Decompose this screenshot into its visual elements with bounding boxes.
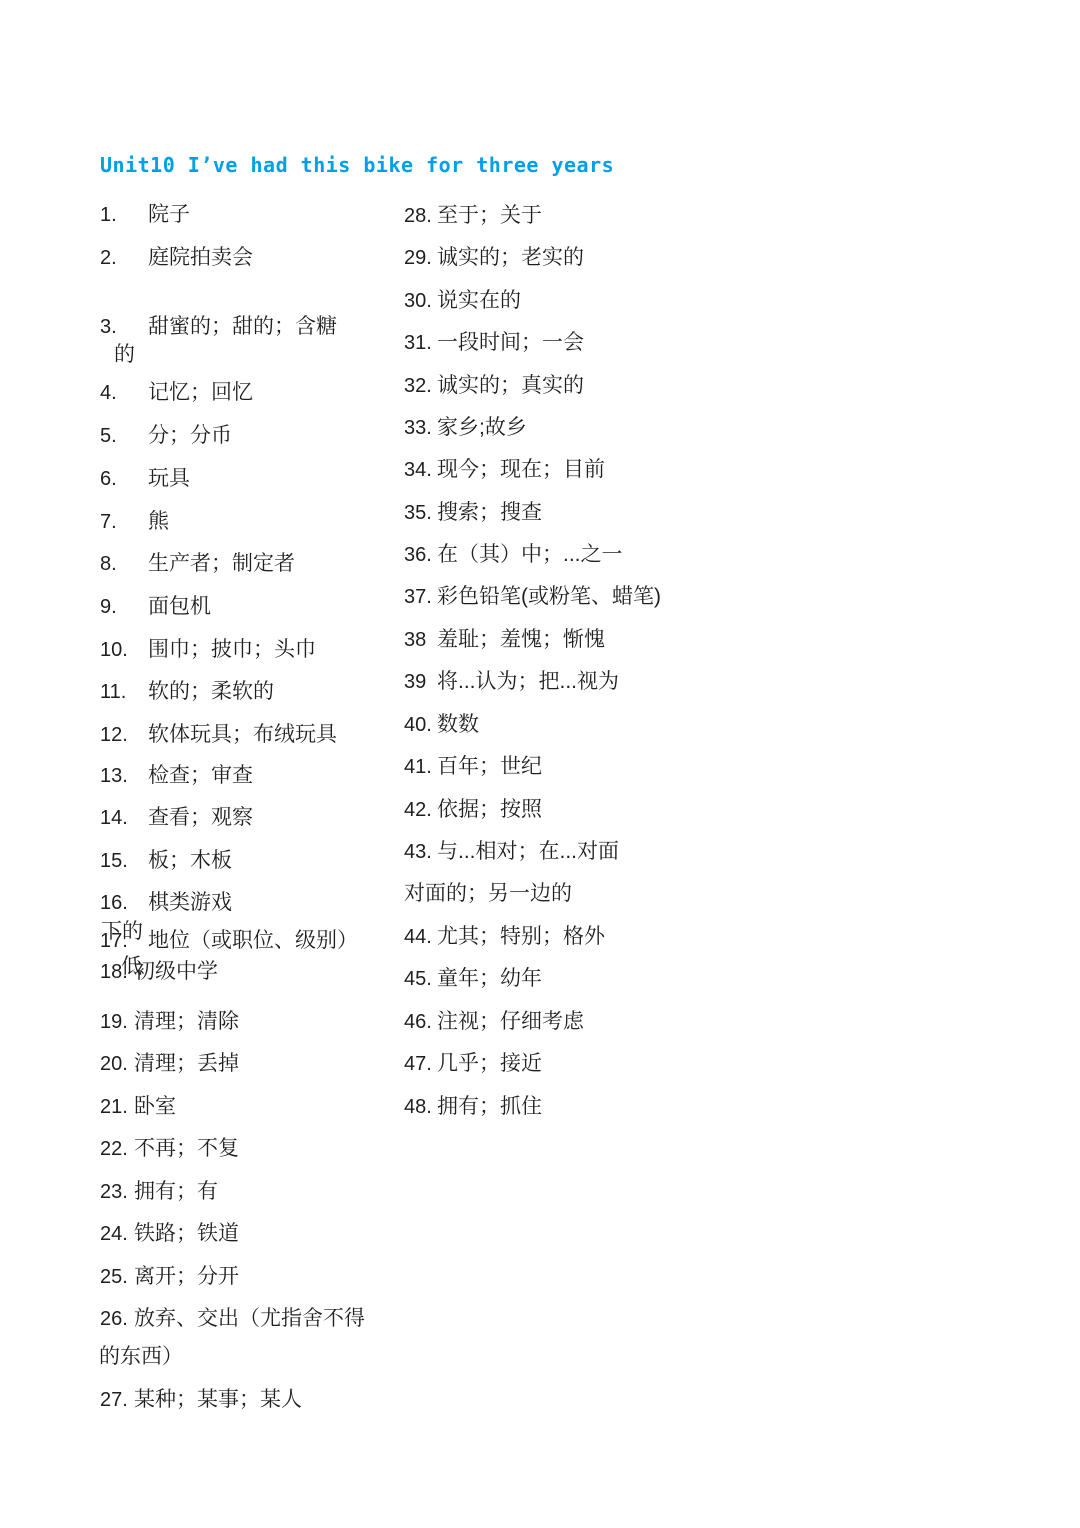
vocab-item-text: 生产者；制定者 xyxy=(148,552,295,575)
vocab-item: 19.清理；清除 xyxy=(100,1010,239,1034)
vocab-item-text: 将...认为；把...视为 xyxy=(437,670,619,693)
vocab-item-text: 清理；丢掉 xyxy=(134,1052,239,1075)
vocab-item-number: 24. xyxy=(100,1222,134,1246)
vocab-item-text: 在（其）中；...之一 xyxy=(437,543,623,566)
vocab-item-text: 记忆；回忆 xyxy=(148,381,253,404)
vocab-item-text: 甜蜜的；甜的；含糖 xyxy=(148,315,337,338)
vocab-item-number: 48. xyxy=(404,1095,437,1119)
vocab-item: 4.记忆；回忆 xyxy=(100,381,253,405)
vocab-item-wrap-line: 对面的；另一边的 xyxy=(404,882,572,906)
vocab-item: 23.拥有；有 xyxy=(100,1180,218,1204)
vocab-item-text: 院子 xyxy=(148,203,190,226)
vocab-item: 28.至于；关于 xyxy=(404,204,542,228)
vocab-item-text: 板；木板 xyxy=(148,849,232,872)
vocab-item-number: 5. xyxy=(100,424,148,448)
vocabulary-page: Unit10 I’ve had this bike for three year… xyxy=(0,0,1080,1528)
vocab-item-text: 铁路；铁道 xyxy=(134,1222,239,1245)
vocab-item: 35.搜索；搜查 xyxy=(404,501,542,525)
vocab-item: 33.家乡;故乡 xyxy=(404,416,527,440)
vocab-item-number: 40. xyxy=(404,713,437,737)
vocab-item-text: 检查；审查 xyxy=(148,764,253,787)
vocab-item-text: 诚实的；真实的 xyxy=(437,374,584,397)
vocab-item-number: 6. xyxy=(100,467,148,491)
vocab-item: 18.初级中学 xyxy=(100,960,218,984)
vocab-item: 31.一段时间；一会 xyxy=(404,331,584,355)
vocab-item: 11.软的；柔软的 xyxy=(100,680,274,704)
vocab-item: 14.查看；观察 xyxy=(100,806,253,830)
vocab-item-number: 12. xyxy=(100,723,148,747)
vocab-item: 6.玩具 xyxy=(100,467,190,491)
vocab-item-number: 25. xyxy=(100,1265,134,1289)
vocab-item-text: 分；分币 xyxy=(148,424,232,447)
vocab-item-number: 10. xyxy=(100,638,148,662)
vocab-item-number: 30. xyxy=(404,289,437,313)
unit-title: Unit10 I’ve had this bike for three year… xyxy=(100,153,614,177)
vocab-item: 16.棋类游戏 xyxy=(100,891,232,915)
vocab-item-number: 1. xyxy=(100,203,148,227)
vocab-item-text: 查看；观察 xyxy=(148,806,253,829)
vocab-item-number: 47. xyxy=(404,1052,437,1076)
vocab-item-text: 说实在的 xyxy=(437,289,521,312)
vocab-item-text: 拥有；抓住 xyxy=(437,1095,542,1118)
vocab-item-text: 围巾；披巾；头巾 xyxy=(148,638,316,661)
vocab-item-wrap-line: 的东西） xyxy=(99,1345,183,1369)
vocab-item-number: 42. xyxy=(404,798,437,822)
vocab-item-text: 清理；清除 xyxy=(134,1010,239,1033)
vocab-item-number: 18. xyxy=(100,960,134,984)
vocab-item-text: 庭院拍卖会 xyxy=(148,246,253,269)
vocab-item: 24.铁路；铁道 xyxy=(100,1222,239,1246)
vocab-item-text: 熊 xyxy=(148,510,169,533)
vocab-item-number: 4. xyxy=(100,381,148,405)
vocab-item-number: 11. xyxy=(100,680,148,704)
vocab-item-text: 彩色铅笔(或粉笔、蜡笔) xyxy=(437,585,661,608)
vocab-item-number: 36. xyxy=(404,543,437,567)
vocab-item-number: 34. xyxy=(404,458,437,482)
vocab-item-number: 37. xyxy=(404,585,437,609)
vocab-item: 37.彩色铅笔(或粉笔、蜡笔) xyxy=(404,585,661,609)
vocab-item: 26.放弃、交出（尤指舍不得 xyxy=(100,1307,365,1331)
vocab-item-text: 诚实的；老实的 xyxy=(437,246,584,269)
vocab-item: 21.卧室 xyxy=(100,1095,176,1119)
vocab-item: 40.数数 xyxy=(404,713,479,737)
vocab-item: 25.离开；分开 xyxy=(100,1265,239,1289)
vocab-item-text: 几乎；接近 xyxy=(437,1052,542,1075)
vocab-item-text: 地位（或职位、级别） xyxy=(148,929,358,952)
vocab-item: 36.在（其）中；...之一 xyxy=(404,543,623,567)
vocab-item-number: 13. xyxy=(100,764,148,788)
vocab-item-text: 与...相对；在...对面 xyxy=(437,840,619,863)
vocab-item: 15.板；木板 xyxy=(100,849,232,873)
vocab-item-number: 33. xyxy=(404,416,437,440)
vocab-item-number: 43. xyxy=(404,840,437,864)
vocab-item-text: 至于；关于 xyxy=(437,204,542,227)
vocab-item-number: 38 xyxy=(404,628,437,652)
vocab-item: 39将...认为；把...视为 xyxy=(404,670,619,694)
vocab-item-text: 依据；按照 xyxy=(437,798,542,821)
vocab-item: 44.尤其；特别；格外 xyxy=(404,925,605,949)
vocab-item-number: 45. xyxy=(404,967,437,991)
vocab-item-text: 尤其；特别；格外 xyxy=(437,925,605,948)
vocab-item-text: 数数 xyxy=(437,713,479,736)
vocab-item: 48.拥有；抓住 xyxy=(404,1095,542,1119)
vocab-item: 20.清理；丢掉 xyxy=(100,1052,239,1076)
vocab-item: 2.庭院拍卖会 xyxy=(100,246,253,270)
vocab-item-number: 15. xyxy=(100,849,148,873)
vocab-item-text: 某种；某事；某人 xyxy=(134,1388,302,1411)
vocab-item: 38羞耻；羞愧；惭愧 xyxy=(404,628,605,652)
vocab-item-number: 26. xyxy=(100,1307,134,1331)
vocab-item-number: 29. xyxy=(404,246,437,270)
vocab-item-overlap-fragment-above: 下的 xyxy=(101,920,143,944)
vocab-item: 41.百年；世纪 xyxy=(404,755,542,779)
vocab-item: 32.诚实的；真实的 xyxy=(404,374,584,398)
vocab-item: 13.检查；审查 xyxy=(100,764,253,788)
vocab-item: 5.分；分币 xyxy=(100,424,232,448)
vocab-item-text: 羞耻；羞愧；惭愧 xyxy=(437,628,605,651)
vocab-item: 42.依据；按照 xyxy=(404,798,542,822)
vocab-item-number: 14. xyxy=(100,806,148,830)
vocab-item-text: 放弃、交出（尤指舍不得 xyxy=(134,1307,365,1330)
vocab-item-text: 玩具 xyxy=(148,467,190,490)
vocab-item-text: 百年；世纪 xyxy=(437,755,542,778)
vocab-item-text: 搜索；搜查 xyxy=(437,501,542,524)
vocab-item-text: 童年；幼年 xyxy=(437,967,542,990)
vocab-item: 47.几乎；接近 xyxy=(404,1052,542,1076)
vocab-item: 30.说实在的 xyxy=(404,289,521,313)
vocab-item-number: 8. xyxy=(100,552,148,576)
vocab-item: 12.软体玩具；布绒玩具 xyxy=(100,723,337,747)
vocab-item: 29.诚实的；老实的 xyxy=(404,246,584,270)
vocab-item-text: 现今；现在；目前 xyxy=(437,458,605,481)
vocab-item-number: 39 xyxy=(404,670,437,694)
vocab-item: 27.某种；某事；某人 xyxy=(100,1388,302,1412)
vocab-item: 7.熊 xyxy=(100,510,169,534)
vocab-item-number: 28. xyxy=(404,204,437,228)
vocab-item-number: 27. xyxy=(100,1388,134,1412)
vocab-item-text: 面包机 xyxy=(148,595,211,618)
vocab-item: 45.童年；幼年 xyxy=(404,967,542,991)
vocab-item-text: 注视；仔细考虑 xyxy=(437,1010,584,1033)
vocab-item-number: 41. xyxy=(404,755,437,779)
vocab-item-number: 19. xyxy=(100,1010,134,1034)
vocab-item-number: 20. xyxy=(100,1052,134,1076)
vocab-item-number: 46. xyxy=(404,1010,437,1034)
vocab-item-number: 7. xyxy=(100,510,148,534)
vocab-item-number: 22. xyxy=(100,1137,134,1161)
vocab-item-number: 35. xyxy=(404,501,437,525)
vocab-item-number: 44. xyxy=(404,925,437,949)
vocab-item-number: 32. xyxy=(404,374,437,398)
vocab-item: 43.与...相对；在...对面 xyxy=(404,840,619,864)
vocab-item-text: 离开；分开 xyxy=(134,1265,239,1288)
vocab-item-number: 3. xyxy=(100,315,148,339)
vocab-item-text: 家乡;故乡 xyxy=(437,416,527,439)
vocab-item: 22.不再；不复 xyxy=(100,1137,239,1161)
vocab-item-text: 卧室 xyxy=(134,1095,176,1118)
vocab-item: 34.现今；现在；目前 xyxy=(404,458,605,482)
vocab-item: 9.面包机 xyxy=(100,595,211,619)
vocab-item: 1.院子 xyxy=(100,203,190,227)
vocab-item-text: 棋类游戏 xyxy=(148,891,232,914)
vocab-item-number: 9. xyxy=(100,595,148,619)
vocab-item-number: 2. xyxy=(100,246,148,270)
vocab-item-text: 不再；不复 xyxy=(134,1137,239,1160)
vocab-item-text: 拥有；有 xyxy=(134,1180,218,1203)
vocab-item: 8.生产者；制定者 xyxy=(100,552,295,576)
vocab-item-text: 软的；柔软的 xyxy=(148,680,274,703)
vocab-item: 3.甜蜜的；甜的；含糖 xyxy=(100,315,337,339)
vocab-item-number: 31. xyxy=(404,331,437,355)
vocab-item-wrap-line: 的 xyxy=(114,343,135,367)
vocab-item: 10.围巾；披巾；头巾 xyxy=(100,638,316,662)
vocab-item-text: 软体玩具；布绒玩具 xyxy=(148,723,337,746)
vocab-item-number: 21. xyxy=(100,1095,134,1119)
vocab-item-text: 初级中学 xyxy=(134,960,218,983)
vocab-item-number: 16. xyxy=(100,891,148,915)
vocab-item: 46.注视；仔细考虑 xyxy=(404,1010,584,1034)
vocab-item-text: 一段时间；一会 xyxy=(437,331,584,354)
vocab-item-number: 23. xyxy=(100,1180,134,1204)
